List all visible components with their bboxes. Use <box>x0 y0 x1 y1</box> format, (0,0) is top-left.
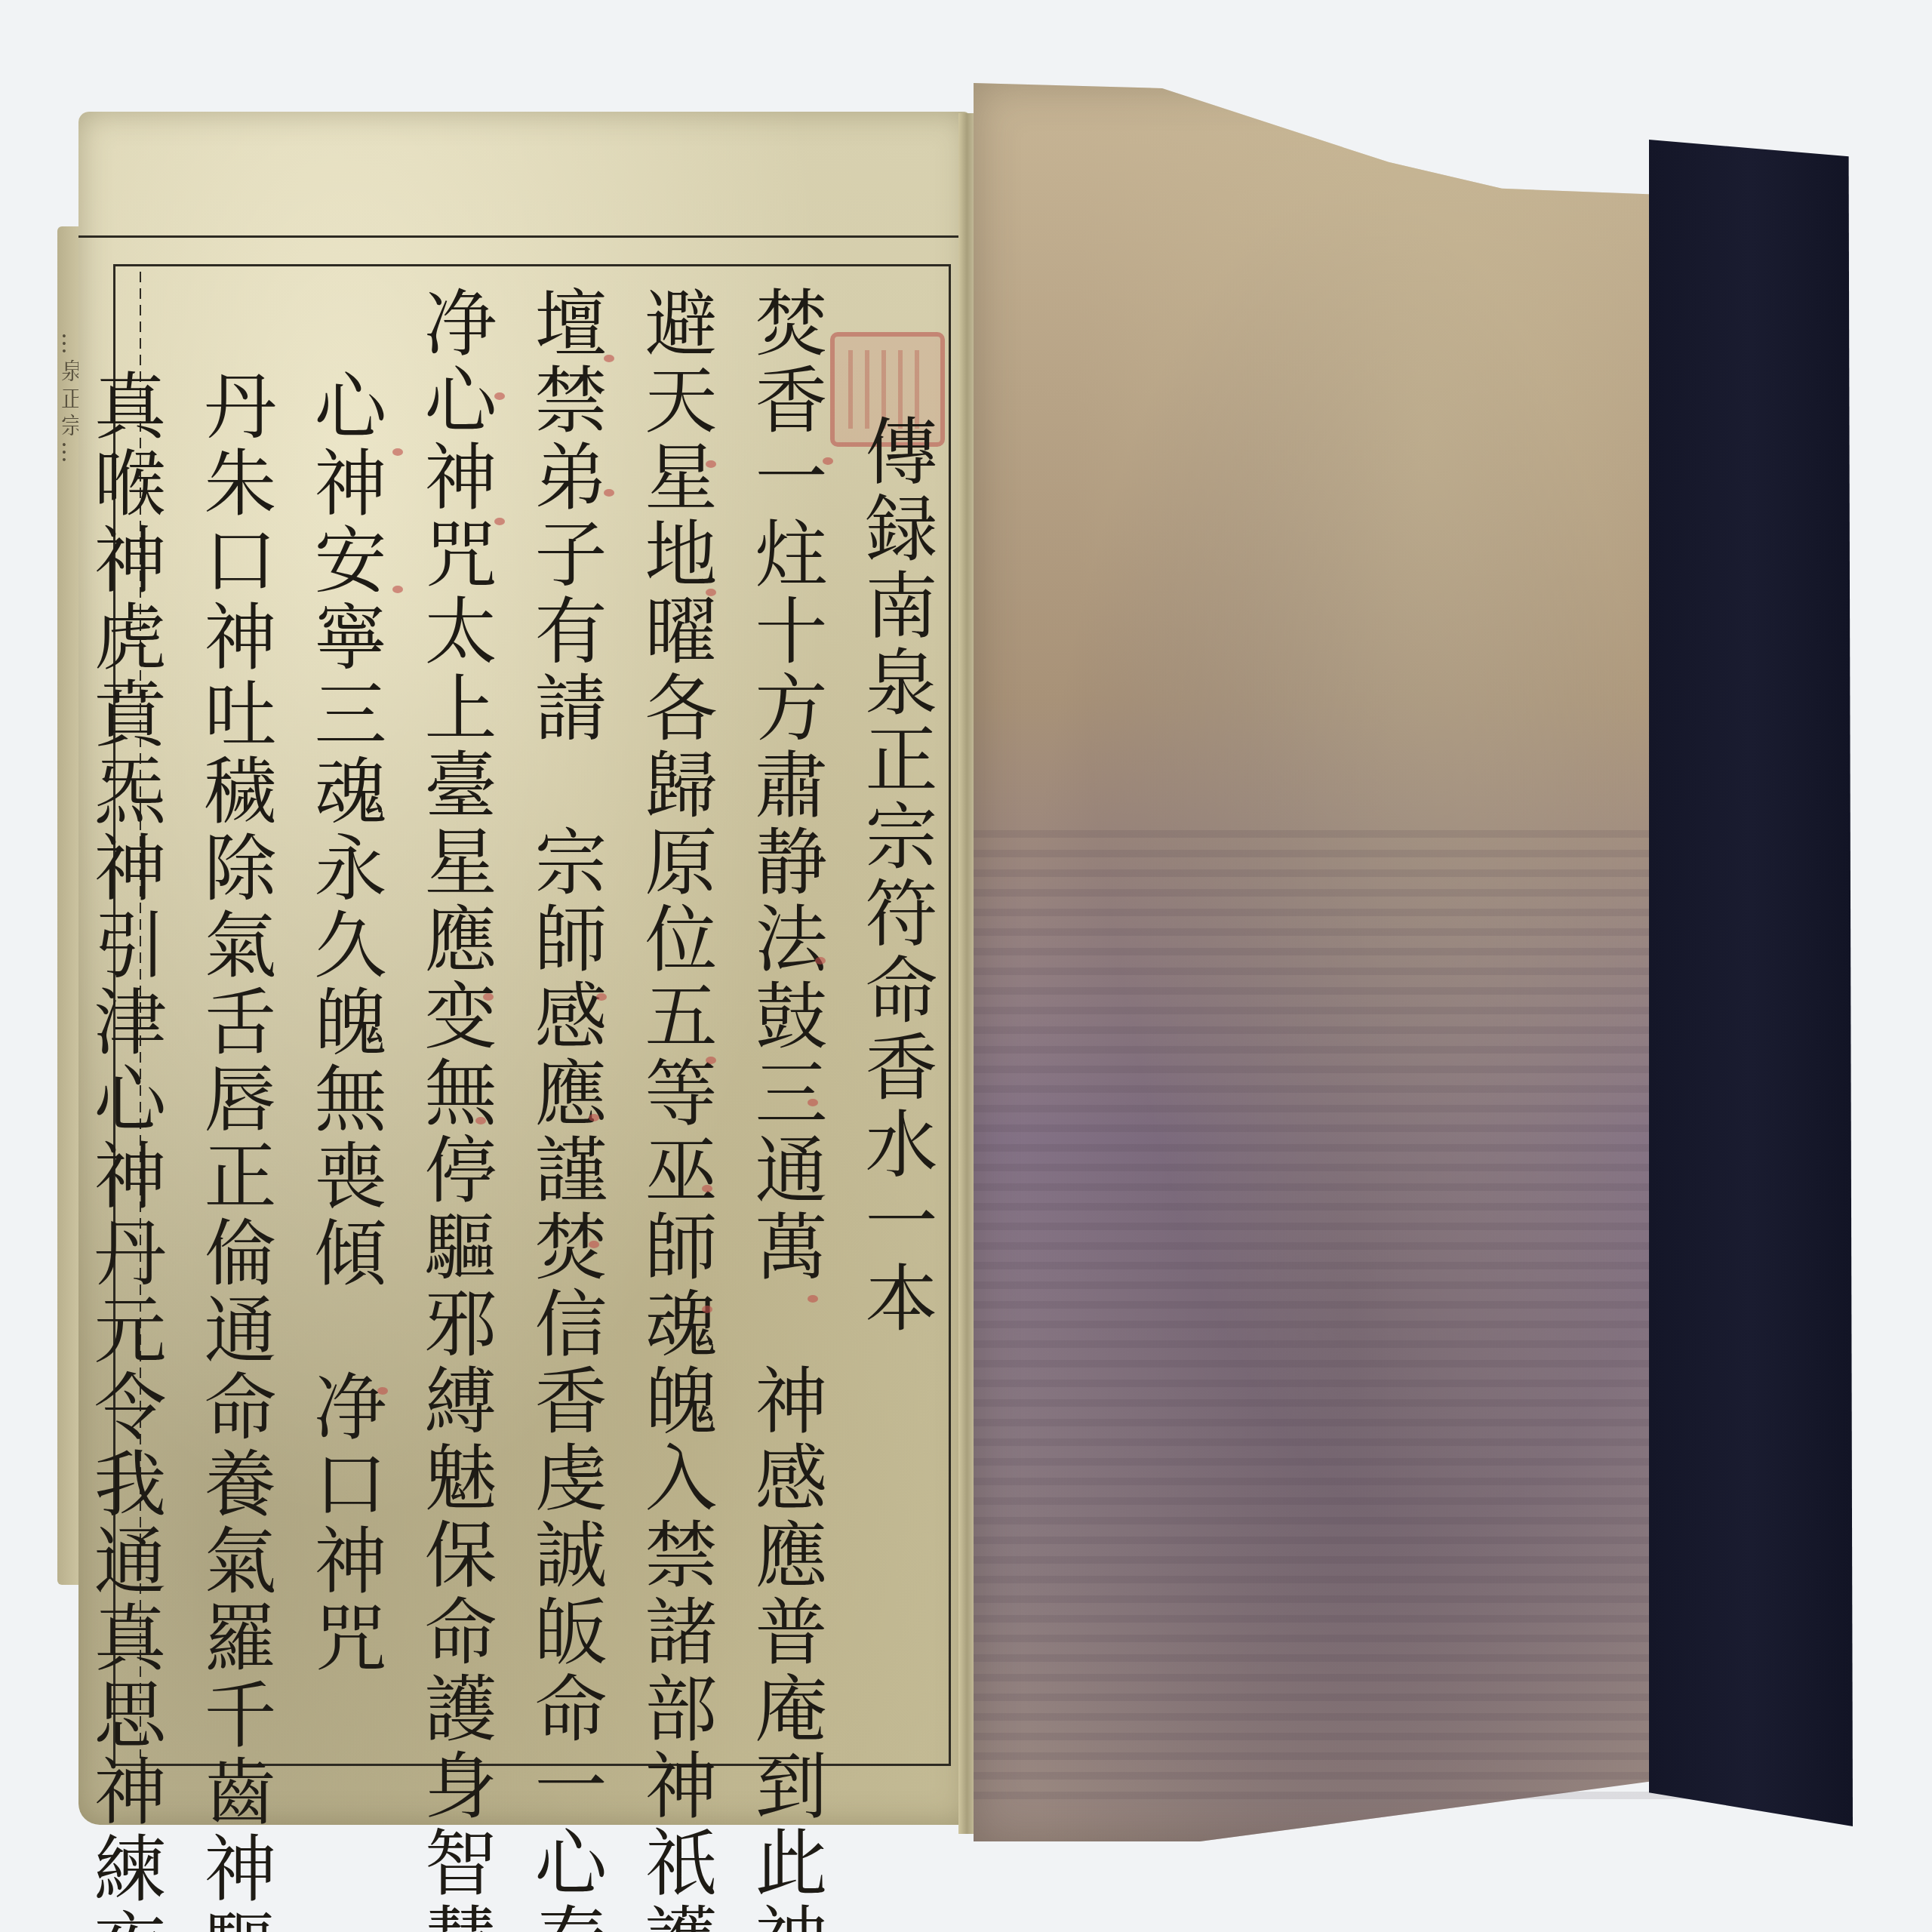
red-punctuation-dot <box>392 586 403 593</box>
red-punctuation-dot <box>706 589 716 596</box>
red-punctuation-dot <box>377 1387 388 1395</box>
text-column: 真喉神虎賁炁神引津心神丹元令我通真思神練夜道氣 <box>69 285 180 1840</box>
text-column-title: 傳録南泉正宗符命香水一本 <box>841 285 951 1885</box>
red-punctuation-dot <box>494 518 505 525</box>
red-punctuation-dot <box>702 1306 712 1313</box>
text-column: 净心神咒太上臺星應变無停驅邪縛魅保命護身智慧明净 <box>400 285 510 1757</box>
text-column: 丹朱口神吐穢除氣舌唇正倫通命養氣羅千齒神驅邪御 <box>180 285 290 1840</box>
text-column: 避天星地曜各歸原位五等巫師魂魄入禁諸部神祇護持 <box>620 285 731 1757</box>
red-punctuation-dot <box>589 1114 599 1121</box>
text-column: 焚香一炷十方肅静法鼓三通萬 神感應普庵到此神煞迴 <box>731 285 841 1757</box>
red-punctuation-dot <box>815 957 826 964</box>
red-punctuation-dot <box>808 1099 818 1106</box>
red-punctuation-dot <box>596 993 607 1001</box>
manuscript-text: 傳録南泉正宗符命香水一本 焚香一炷十方肅静法鼓三通萬 神感應普庵到此神煞迴 避天… <box>151 285 951 1757</box>
red-punctuation-dot <box>392 448 403 456</box>
red-punctuation-dot <box>706 460 716 468</box>
text-column: 心神安寧三魂永久魄無喪傾 净口神咒 <box>290 285 400 1840</box>
back-endpaper <box>974 83 1728 1841</box>
red-punctuation-dot <box>808 1295 818 1303</box>
red-punctuation-dot <box>483 993 494 1001</box>
text-column: 壇禁弟子有請 宗師感應謹焚信香虔誠皈命一心奉請 <box>510 285 620 1757</box>
upper-margin-rule <box>78 235 969 238</box>
red-punctuation-dot <box>604 489 614 497</box>
red-punctuation-dot <box>475 1117 486 1124</box>
red-punctuation-dot <box>494 392 505 400</box>
dark-cloth-cover <box>1649 140 1853 1826</box>
red-punctuation-dot <box>706 1057 716 1064</box>
red-punctuation-dot <box>604 355 614 362</box>
red-punctuation-dot <box>702 1185 712 1192</box>
red-punctuation-dot <box>823 457 833 465</box>
red-punctuation-dot <box>589 1241 599 1248</box>
